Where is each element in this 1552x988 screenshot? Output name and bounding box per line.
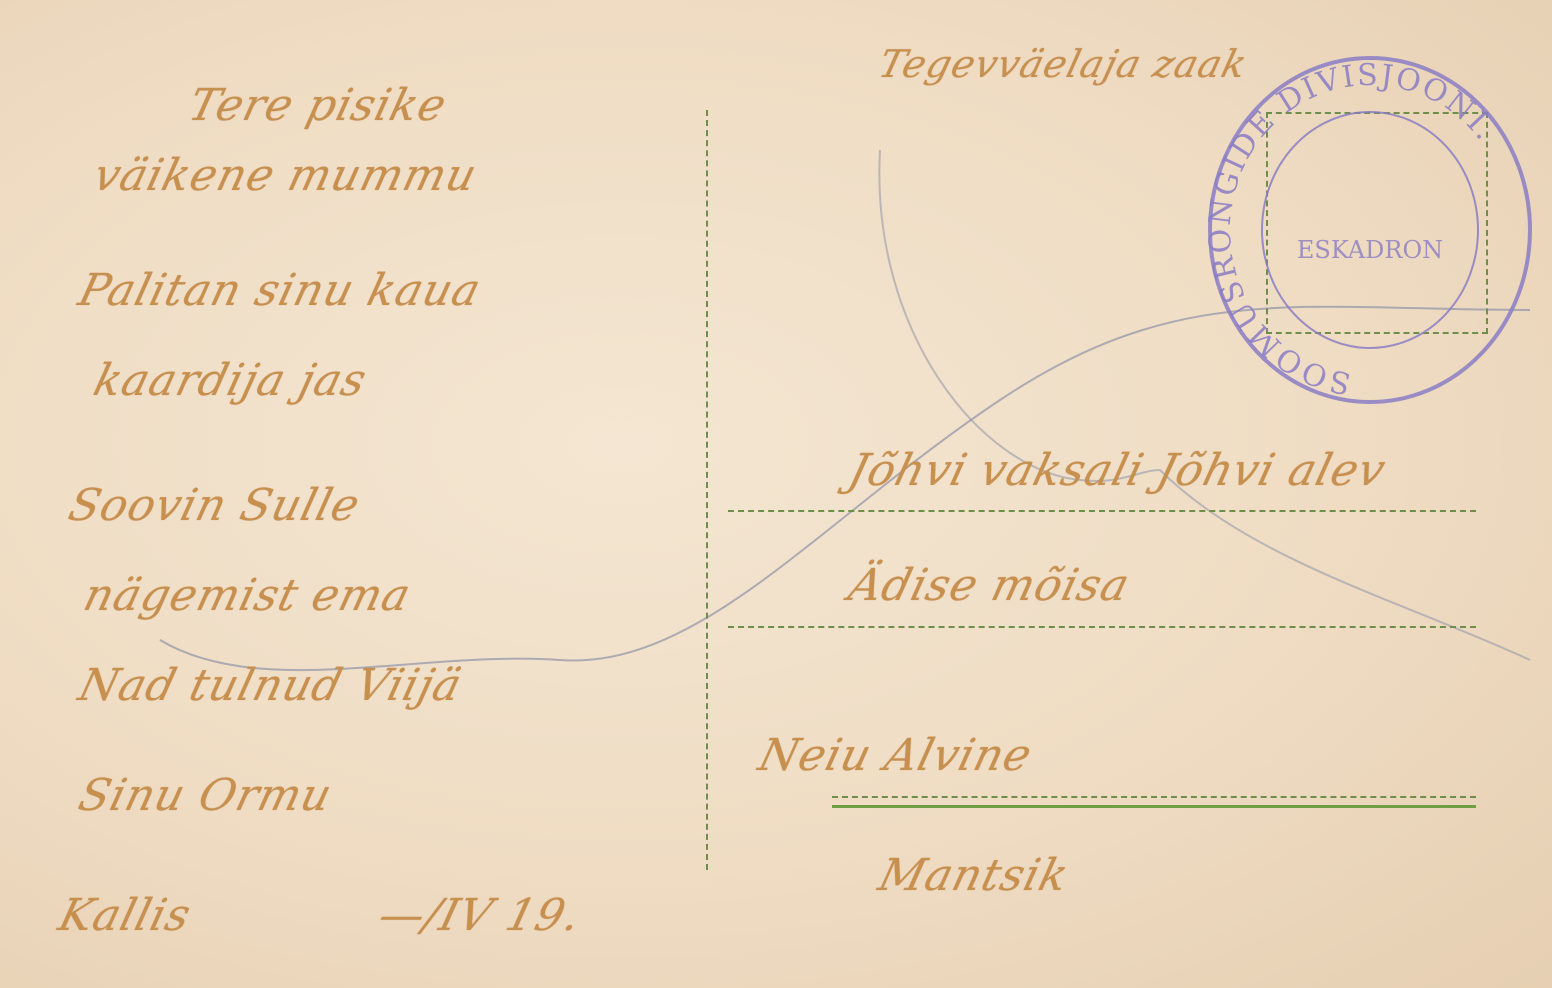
message-line-1: Tere pisike xyxy=(184,80,452,131)
svg-text:ESKADRON: ESKADRON xyxy=(1297,236,1443,264)
address-line-1: Jõhvi vaksali Jõhvi alev xyxy=(844,445,1391,496)
address-guide-1 xyxy=(728,510,1476,512)
address-guide-3 xyxy=(832,796,1476,798)
message-line-6: nägemist ema xyxy=(79,570,417,621)
message-line-2: väikene mummu xyxy=(89,150,483,201)
center-divider xyxy=(706,110,708,870)
message-line-9: Kallis xyxy=(54,890,197,941)
address-line-2: Ädise mõisa xyxy=(844,560,1135,611)
address-guide-2 xyxy=(728,626,1476,628)
message-line-4: kaardija jas xyxy=(89,355,372,406)
message-line-8: Sinu Ormu xyxy=(74,770,338,821)
svg-text:SOOMUSRONGIDE DIVISJOONI.: SOOMUSRONGIDE DIVISJOONI. xyxy=(1205,58,1503,401)
message-line-7: Nad tulnud Viijä xyxy=(74,660,468,711)
address-guide-solid xyxy=(832,805,1476,808)
address-line-4: Mantsik xyxy=(874,850,1074,901)
message-date: —/IV 19. xyxy=(374,890,587,941)
unit-stamp: SOOMUSRONGIDE DIVISJOONI. ESKADRON xyxy=(1205,40,1535,430)
message-line-3: Palitan sinu kaua xyxy=(74,265,487,316)
message-line-5: Soovin Sulle xyxy=(64,480,366,531)
header-note: Tegevväelaja zaak xyxy=(875,42,1252,86)
address-line-3: Neiu Alvine xyxy=(754,730,1038,781)
postcard-back: SOOMUSRONGIDE DIVISJOONI. ESKADRON Tegev… xyxy=(0,0,1552,988)
